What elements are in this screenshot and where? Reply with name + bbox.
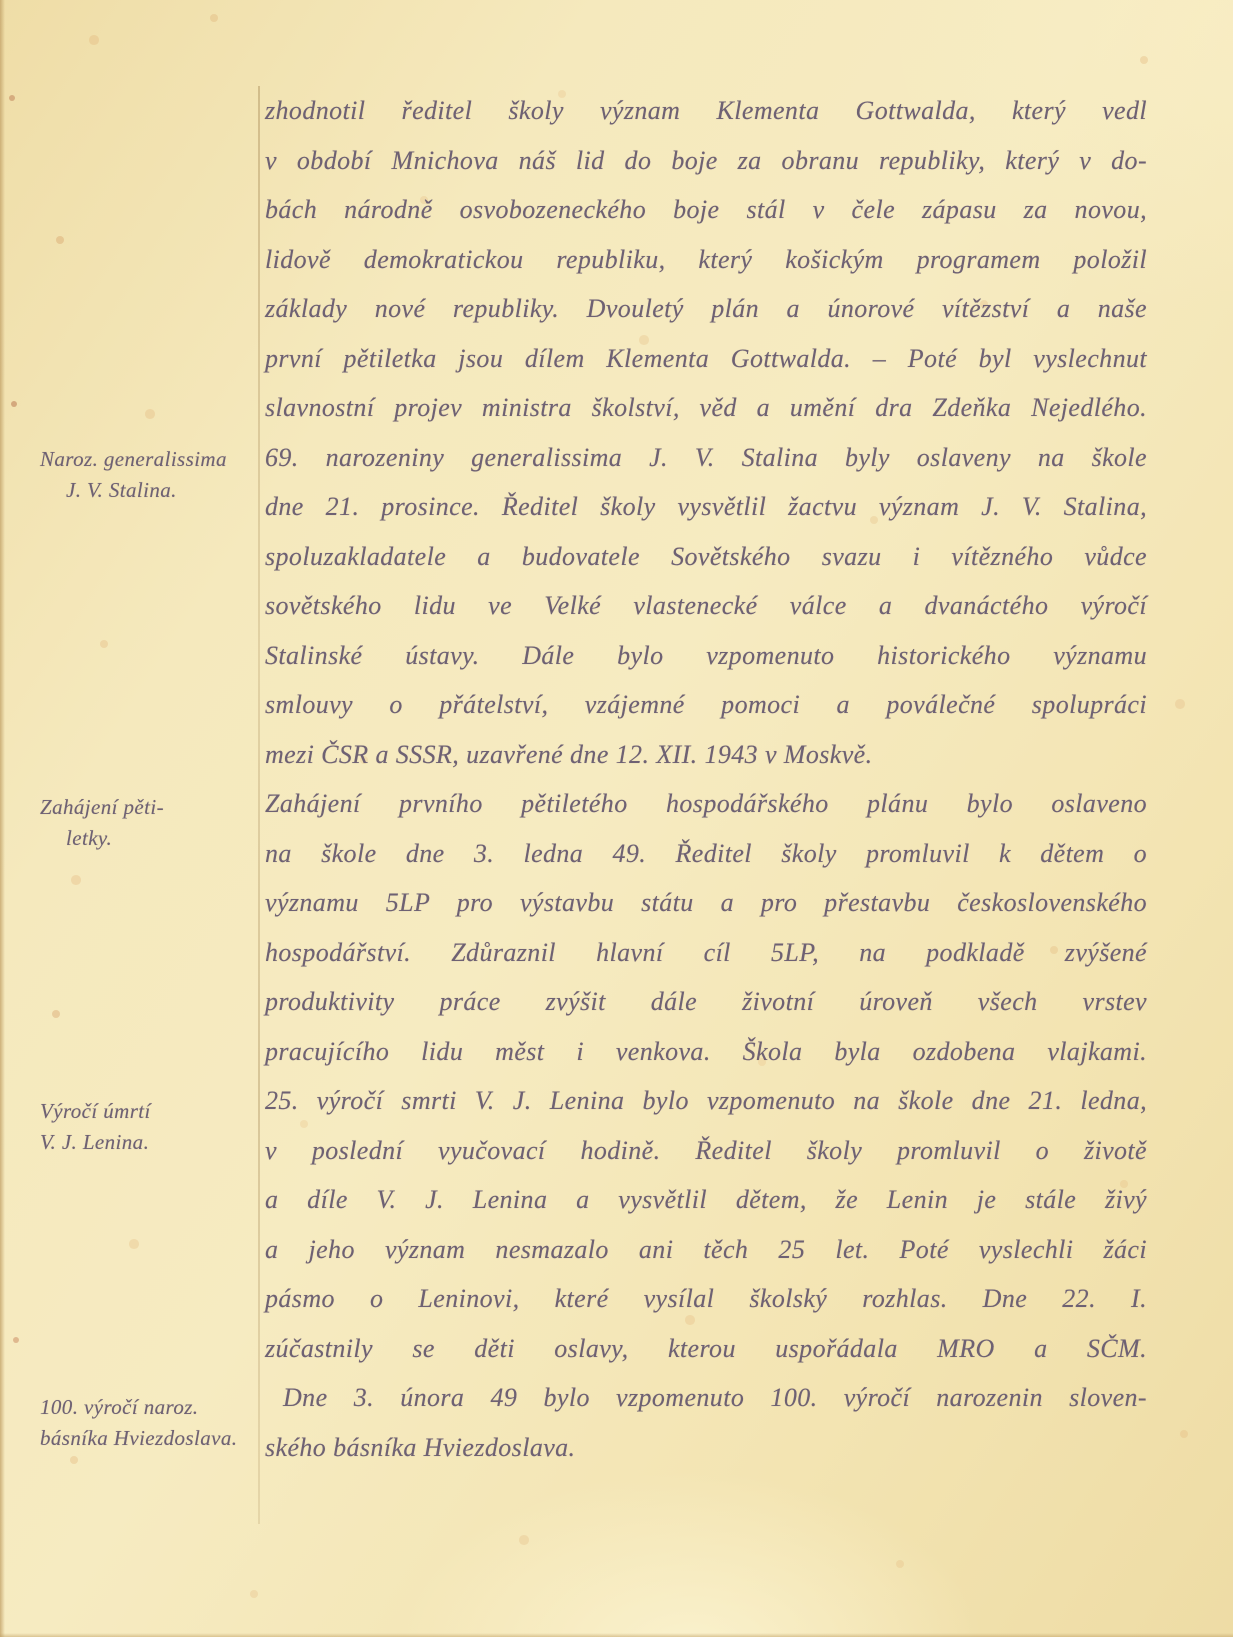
handwritten-line: 25. výročí smrti V. J. Lenina bylo vzpom… [265,1076,1147,1126]
handwritten-line: lidově demokratickou republiku, který ko… [265,235,1147,285]
handwritten-line: produktivity práce zvýšit dále životní ú… [265,977,1147,1027]
handwritten-line: Dne 3. února 49 bylo vzpomenuto 100. výr… [265,1373,1147,1423]
margin-rule-line [258,86,260,1524]
handwritten-line: v poslední vyučovací hodině. Ředitel ško… [265,1126,1147,1176]
handwritten-line: 69. narozeniny generalissima J. V. Stali… [265,433,1147,483]
handwritten-line: dne 21. prosince. Ředitel školy vysvětli… [265,482,1147,532]
margin-note-line: Zahájení pěti- [40,792,252,823]
handwritten-line: zhodnotil ředitel školy význam Klementa … [265,86,1147,136]
handwritten-line: a díle V. J. Lenina a vysvětlil dětem, ž… [265,1175,1147,1225]
handwritten-line: Zahájení prvního pětiletého hospodářskéh… [265,779,1147,829]
margin-note-line: Výročí úmrtí [40,1096,252,1127]
handwritten-line: hospodářství. Zdůraznil hlavní cíl 5LP, … [265,928,1147,978]
handwritten-line: pásmo o Leninovi, které vysílal školský … [265,1274,1147,1324]
handwritten-line: spoluzakladatele a budovatele Sovětského… [265,532,1147,582]
margin-note-line: J. V. Stalina. [40,475,252,506]
handwritten-line: na škole dne 3. ledna 49. Ředitel školy … [265,829,1147,879]
handwritten-line: sovětského lidu ve Velké vlastenecké vál… [265,581,1147,631]
handwritten-line: mezi ČSR a SSSR, uzavřené dne 12. XII. 1… [265,730,1147,780]
handwritten-line: Stalinské ústavy. Dále bylo vzpomenuto h… [265,631,1147,681]
margin-note-line: Naroz. generalissima [40,444,252,475]
handwritten-line: první pětiletka jsou dílem Klementa Gott… [265,334,1147,384]
handwritten-line: a jeho význam nesmazalo ani těch 25 let.… [265,1225,1147,1275]
handwritten-line: významu 5LP pro výstavbu státu a pro pře… [265,878,1147,928]
margin-note-line: básníka Hviezdoslava. [40,1423,252,1454]
handwritten-line: ského básníka Hviezdoslava. [265,1423,1147,1473]
handwritten-line: bách národně osvobozeneckého boje stál v… [265,185,1147,235]
margin-note-five-year-plan: Zahájení pěti- letky. [40,792,252,854]
margin-note-line: 100. výročí naroz. [40,1392,252,1423]
handwritten-line: zúčastnily se děti oslavy, kterou uspořá… [265,1324,1147,1374]
handwritten-line: základy nové republiky. Dvouletý plán a … [265,284,1147,334]
margin-note-line: letky. [40,823,252,854]
page-bottom-edge [0,1633,1233,1637]
body-text: zhodnotil ředitel školy význam Klementa … [265,86,1147,1472]
handwritten-line: smlouvy o přátelství, vzájemné pomoci a … [265,680,1147,730]
page-left-edge [0,0,5,1637]
margin-note-line: V. J. Lenina. [40,1127,252,1158]
margin-note-lenin-anniversary: Výročí úmrtí V. J. Lenina. [40,1096,252,1158]
chronicle-page: Naroz. generalissima J. V. Stalina. Zahá… [0,0,1233,1637]
handwritten-line: pracujícího lidu měst i venkova. Škola b… [265,1027,1147,1077]
margin-note-hviezdoslav-anniversary: 100. výročí naroz. básníka Hviezdoslava. [40,1392,252,1454]
handwritten-line: v období Mnichova náš lid do boje za obr… [265,136,1147,186]
handwritten-line: slavnostní projev ministra školství, věd… [265,383,1147,433]
margin-note-stalin-birthday: Naroz. generalissima J. V. Stalina. [40,444,252,506]
